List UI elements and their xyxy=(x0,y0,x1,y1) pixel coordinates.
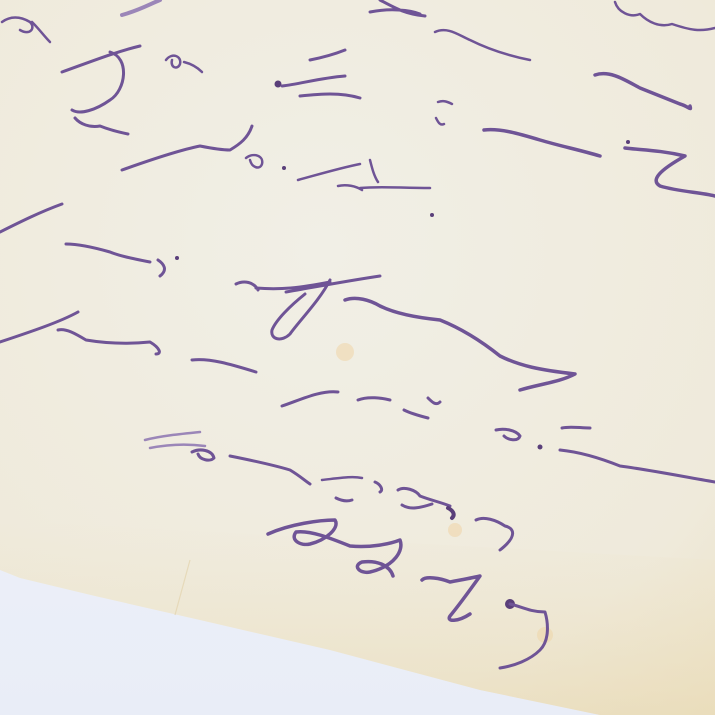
photo-scene: ...gu... ...ceu... ...ea pas été ... mon… xyxy=(0,0,715,715)
ink-line-4 xyxy=(75,118,434,217)
ink-line-7 xyxy=(145,432,450,506)
signature xyxy=(268,520,547,668)
ink-line-8 xyxy=(402,504,513,550)
ink-line-1 xyxy=(122,0,715,60)
ink-line-2 xyxy=(2,18,691,112)
handwriting xyxy=(0,0,715,715)
ink-line-3 xyxy=(436,101,715,196)
ink-line-5 xyxy=(0,204,575,390)
ink-line-6 xyxy=(0,312,715,482)
